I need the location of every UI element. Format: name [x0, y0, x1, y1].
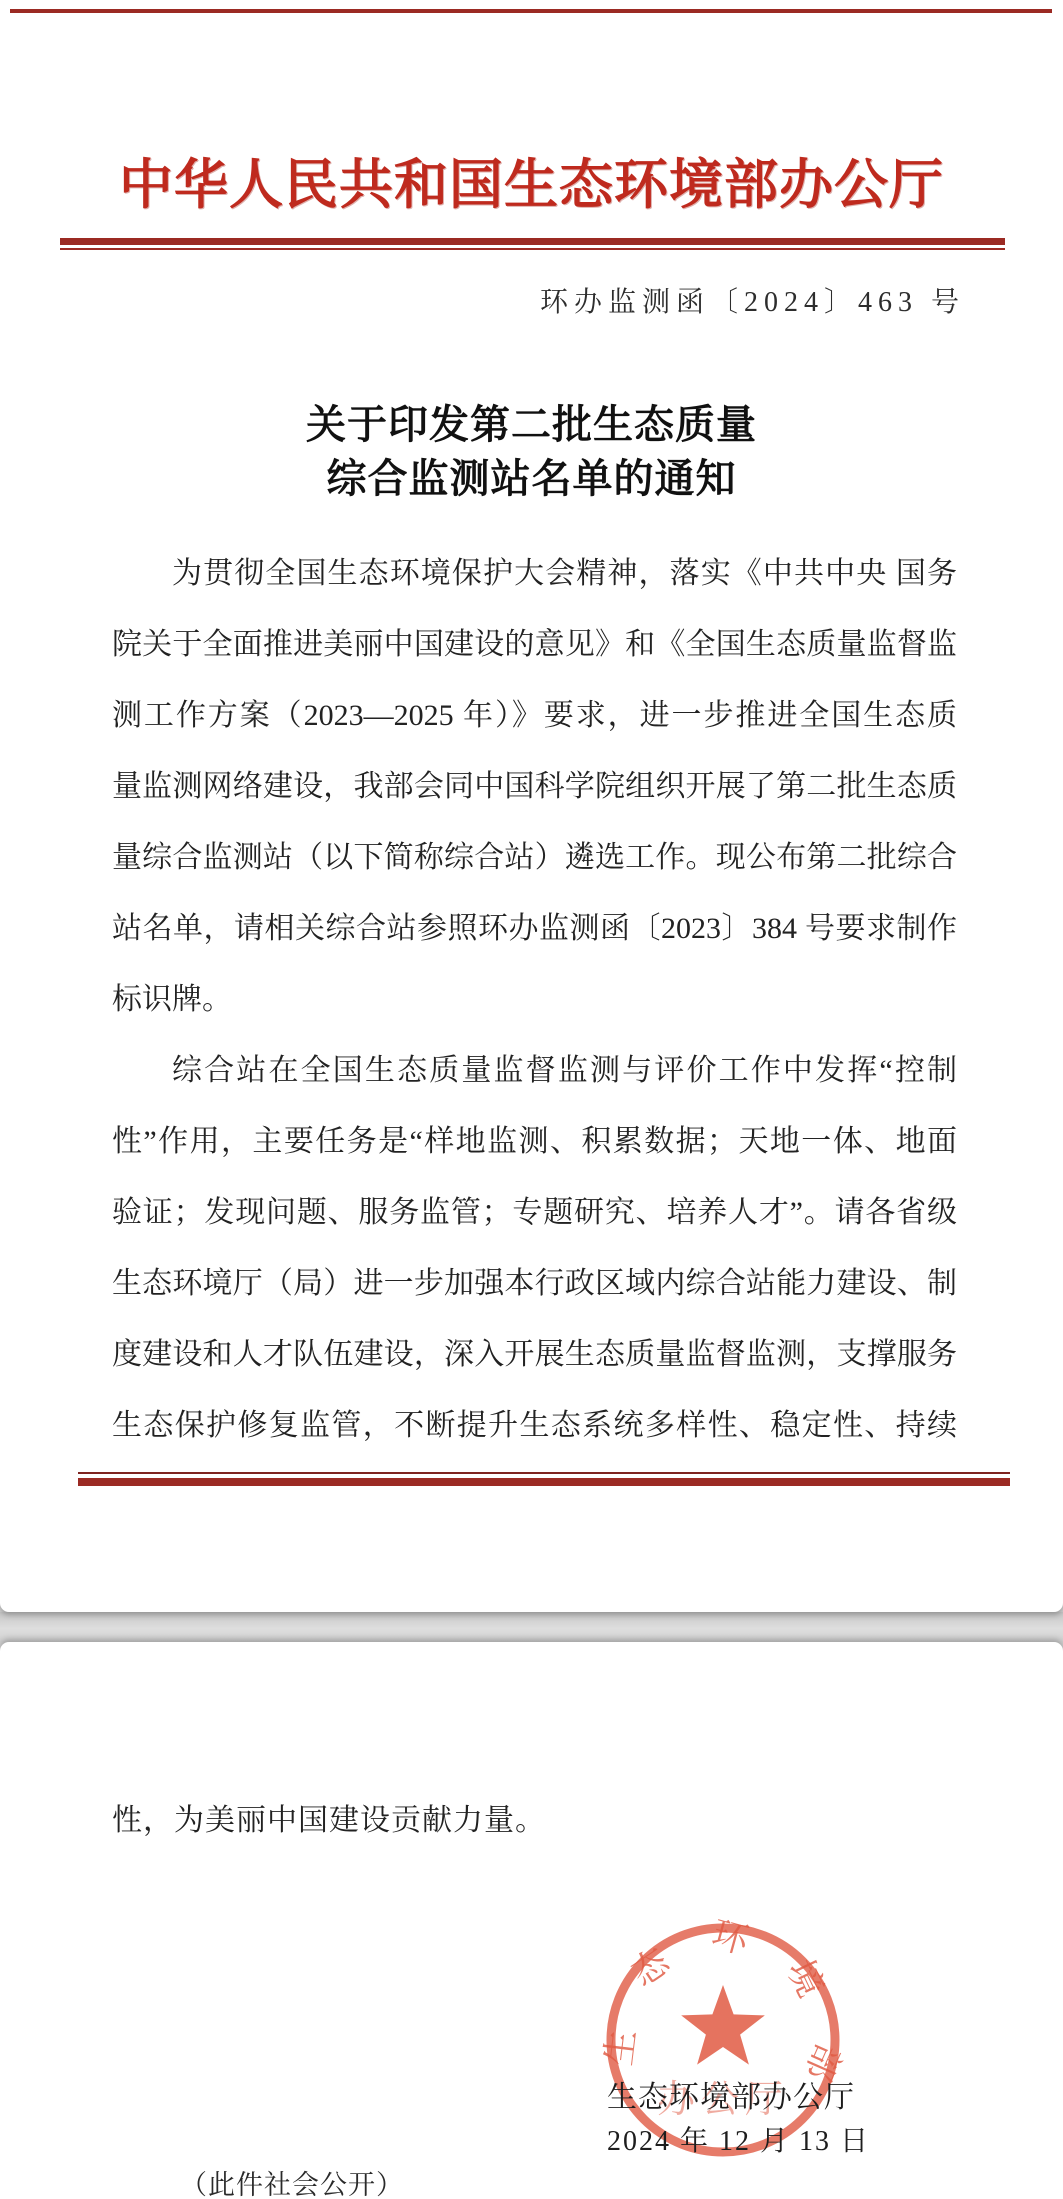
- page-separator: [0, 1612, 1063, 1642]
- body-line: 测工作方案（2023—2025 年）》要求，进一步推进全国生态质: [112, 680, 957, 751]
- footer-thin-line: [78, 1472, 1010, 1474]
- body-continuation-line: 性，为美丽中国建设贡献力量。: [112, 1795, 546, 1839]
- doc-title-line1: 关于印发第二批生态质量: [0, 398, 1063, 452]
- page1-footer-rule: [78, 1472, 1010, 1486]
- body-line: 量监测网络建设，我部会同中国科学院组织开展了第二批生态质: [112, 751, 957, 822]
- divider-thin-line: [60, 248, 1005, 250]
- divider-thick-line: [60, 238, 1005, 245]
- body-line: 验证；发现问题、服务监管；专题研究、培养人才”。请各省级: [112, 1177, 957, 1248]
- public-disclosure-note: （此件社会公开）: [180, 2163, 404, 2199]
- doc-title: 关于印发第二批生态质量 综合监测站名单的通知: [0, 398, 1063, 506]
- body-line: 站名单，请相关综合站参照环办监测函〔2023〕384 号要求制作: [112, 893, 957, 964]
- top-red-rule: [10, 9, 1052, 13]
- body-line: 综合站在全国生态质量监督监测与评价工作中发挥“控制: [112, 1035, 957, 1106]
- page-1: 中华人民共和国生态环境部办公厅 环办监测函〔2024〕463 号 关于印发第二批…: [0, 0, 1063, 1612]
- body-line: 院关于全面推进美丽中国建设的意见》和《全国生态质量监督监: [112, 609, 957, 680]
- body-line: 量综合监测站（以下简称综合站）遴选工作。现公布第二批综合: [112, 822, 957, 893]
- body-line: 标识牌。: [112, 964, 957, 1035]
- page-2: 性，为美丽中国建设贡献力量。 生态环境部 办公厅 生态环境部办公厅 2024 年…: [0, 1642, 1063, 2199]
- doc-title-line2: 综合监测站名单的通知: [0, 452, 1063, 506]
- body-line: 性”作用，主要任务是“样地监测、积累数据；天地一体、地面: [112, 1106, 957, 1177]
- letterhead-org-title: 中华人民共和国生态环境部办公厅: [0, 142, 1063, 219]
- star-icon: [681, 1985, 765, 2065]
- body-text: 为贯彻全国生态环境保护大会精神，落实《中共中央 国务院关于全面推进美丽中国建设的…: [112, 538, 957, 1461]
- body-line: 度建设和人才队伍建设，深入开展生态质量监督监测，支撑服务: [112, 1319, 957, 1390]
- signature-date: 2024 年 12 月 13 日: [607, 2119, 870, 2159]
- body-line: 为贯彻全国生态环境保护大会精神，落实《中共中央 国务: [112, 538, 957, 609]
- body-line: 生态环境厅（局）进一步加强本行政区域内综合站能力建设、制: [112, 1248, 957, 1319]
- footer-thick-line: [78, 1478, 1010, 1486]
- body-line: 生态保护修复监管，不断提升生态系统多样性、稳定性、持续: [112, 1390, 957, 1461]
- letterhead-divider: [60, 238, 1005, 250]
- doc-number: 环办监测函〔2024〕463 号: [540, 280, 965, 320]
- signature-org: 生态环境部办公厅: [607, 2072, 855, 2116]
